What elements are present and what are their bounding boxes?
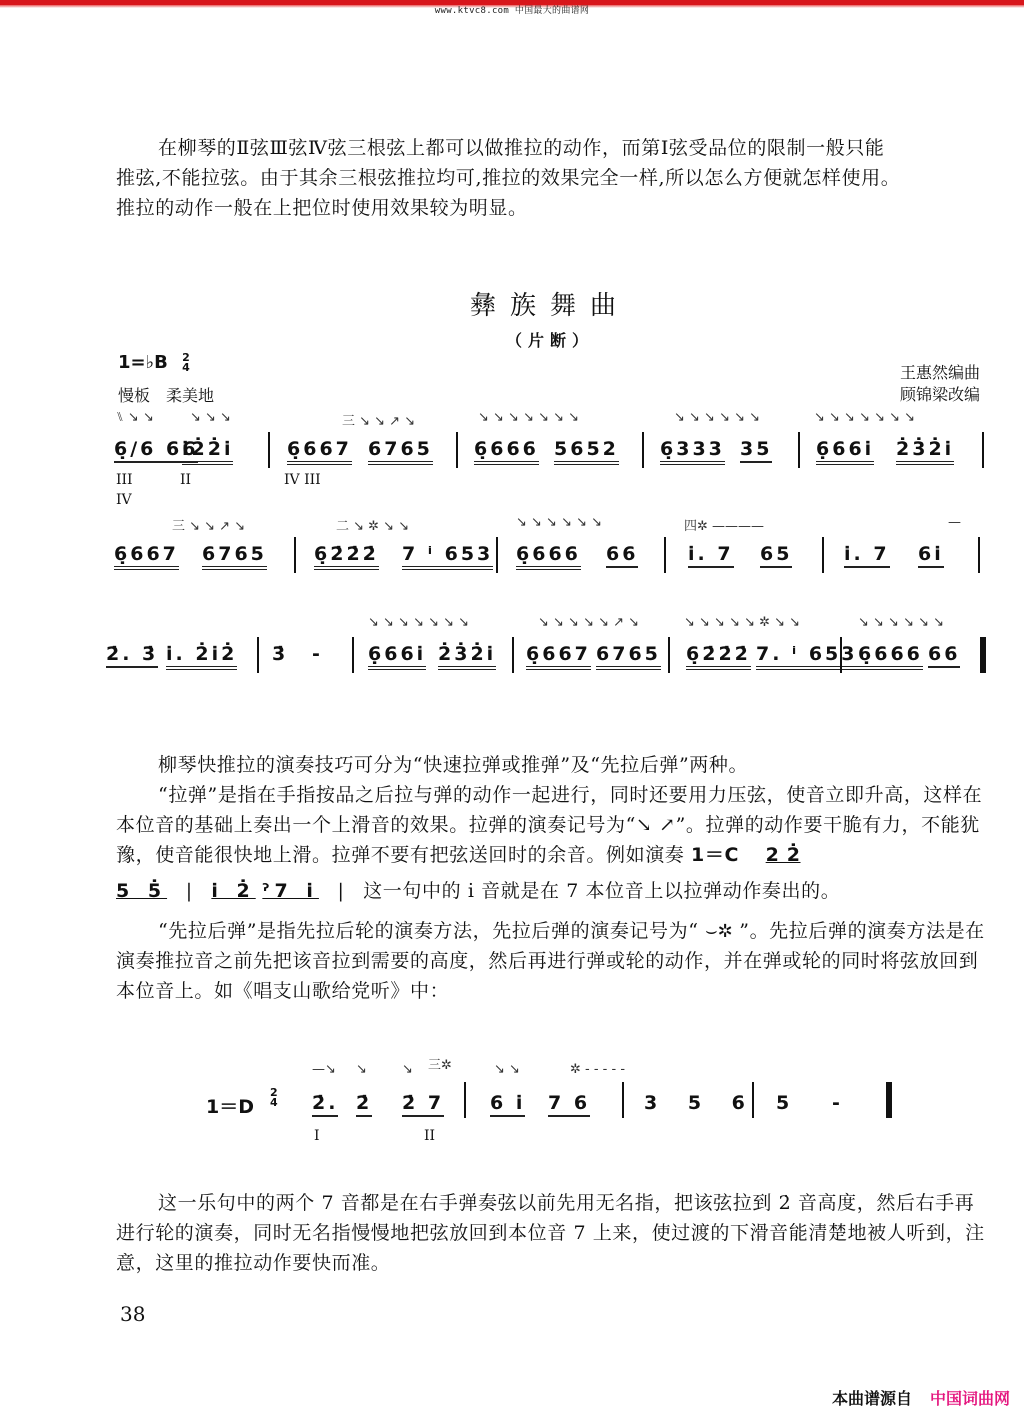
measure-1b: i̇2̇2̇i̇ (182, 438, 233, 465)
bar-line (456, 432, 458, 468)
intro-line-1: 在柳琴的Ⅱ弦Ⅲ弦Ⅳ弦三根弦上都可以做推拉的动作，而第Ⅰ弦受品位的限制一般只能 (116, 133, 992, 163)
bar-line (664, 537, 666, 573)
body-p2: “拉弹”是指在手指按品之后拉与弹的动作一起进行，同时还要用力压弦，使音立即升高，… (116, 780, 992, 870)
intro-paragraph: 在柳琴的Ⅱ弦Ⅲ弦Ⅳ弦三根弦上都可以做推拉的动作，而第Ⅰ弦受品位的限制一般只能 推… (116, 133, 992, 223)
bar-line (982, 432, 984, 468)
bar-line (978, 537, 980, 573)
key-text: 1=♭B (118, 352, 168, 373)
notation-example-2: —↘ ↘ ↘ 三✲ ↘ ↘ ✲ - - - - - 1＝D 2 4 2̇. 2̇… (206, 1068, 906, 1148)
bar-line (257, 637, 259, 673)
arranger: 顾锦梁改编 (900, 384, 980, 406)
source-credit: 本曲谱源自中国词曲网 (832, 1386, 1010, 1409)
source-site-link[interactable]: 中国词曲网 (930, 1389, 1010, 1408)
body-p4: 这一乐句中的两个 7 音都是在右手弹奏弦以前先用无名指，把该弦拉到 2̇ 音高度… (116, 1188, 992, 1278)
score-line-1: ⑊ ↘ ↘ ↘ ↘ ↘ 三 ↘ ↘ ↗ ↘ ↘ ↘ ↘ ↘ ↘ ↘ ↘ ↘ ↘ … (112, 410, 992, 470)
intro-line-2: 推弦,不能拉弦。由于其余三根弦推拉均可,推拉的效果完全一样,所以怎么方便就怎样使… (116, 163, 992, 193)
tempo-marking: 慢板 柔美地 (118, 383, 214, 406)
time-signature: 2 4 (182, 353, 190, 373)
page-number: 38 (120, 1302, 145, 1326)
body-p3: “先拉后弹”是指先拉后轮的演奏方法，先拉后弹的演奏记号为“ ⌣✲ ”。先拉后弹的… (116, 916, 992, 1006)
bar-line (268, 432, 270, 468)
bar-line (352, 637, 354, 673)
string-label: II (180, 470, 191, 490)
bar-line (496, 537, 498, 573)
key-signature: 1=♭B 2 4 (118, 352, 190, 373)
bar-line (798, 432, 800, 468)
composer: 王惠然编曲 (900, 362, 980, 384)
intro-line-3: 推拉的动作一般在上把位时使用效果较为明显。 (116, 193, 992, 223)
site-banner: www.ktvc8.com 中国最大的曲谱网 (0, 3, 1024, 16)
bar-line (840, 637, 842, 673)
bar-line (668, 637, 670, 673)
body-p1: 柳琴快推拉的演奏技巧可分为“快速拉弹或推弹”及“先拉后弹”两种。 (116, 750, 992, 780)
technique-marks: ⑊ ↘ ↘ ↘ ↘ ↘ 三 ↘ ↘ ↗ ↘ ↘ ↘ ↘ ↘ ↘ ↘ ↘ ↘ ↘ … (112, 410, 992, 426)
score-line-2: 三 ↘ ↘ ↗ ↘ 二 ↘ ✲ ↘ ↘ ↘ ↘ ↘ ↘ ↘ ↘ 四✲ ———— … (112, 515, 992, 575)
string-label: III IV (116, 470, 133, 510)
body-p2-tail: 5 5̇ | i̇ 2̇ ˀ7 i̇ | 这一句中的 i̇ 音就是在 7 本位音… (116, 876, 992, 906)
credits: 王惠然编曲 顾锦梁改编 (900, 362, 980, 406)
string-label: IV III (284, 470, 321, 490)
bar-line (294, 537, 296, 573)
bar-line (822, 537, 824, 573)
source-label: 本曲谱源自 (832, 1389, 912, 1408)
final-bar-line (980, 637, 986, 673)
bar-line (752, 1082, 754, 1118)
score-line-3: ↘ ↘ ↘ ↘ ↘ ↘ ↘ ↘ ↘ ↘ ↘ ↘ ↗ ↘ ↘ ↘ ↘ ↘ ↘ ✲ … (112, 615, 992, 675)
final-bar-line (886, 1082, 892, 1118)
bar-line (642, 432, 644, 468)
score-title: 彝族舞曲 (0, 285, 1024, 322)
bar-line (622, 1082, 624, 1118)
score-subtitle: （片断） (0, 328, 1024, 351)
bar-line (464, 1082, 466, 1118)
bar-line (512, 637, 514, 673)
body-text: 柳琴快推拉的演奏技巧可分为“快速拉弹或推弹”及“先拉后弹”两种。 “拉弹”是指在… (116, 750, 992, 1006)
